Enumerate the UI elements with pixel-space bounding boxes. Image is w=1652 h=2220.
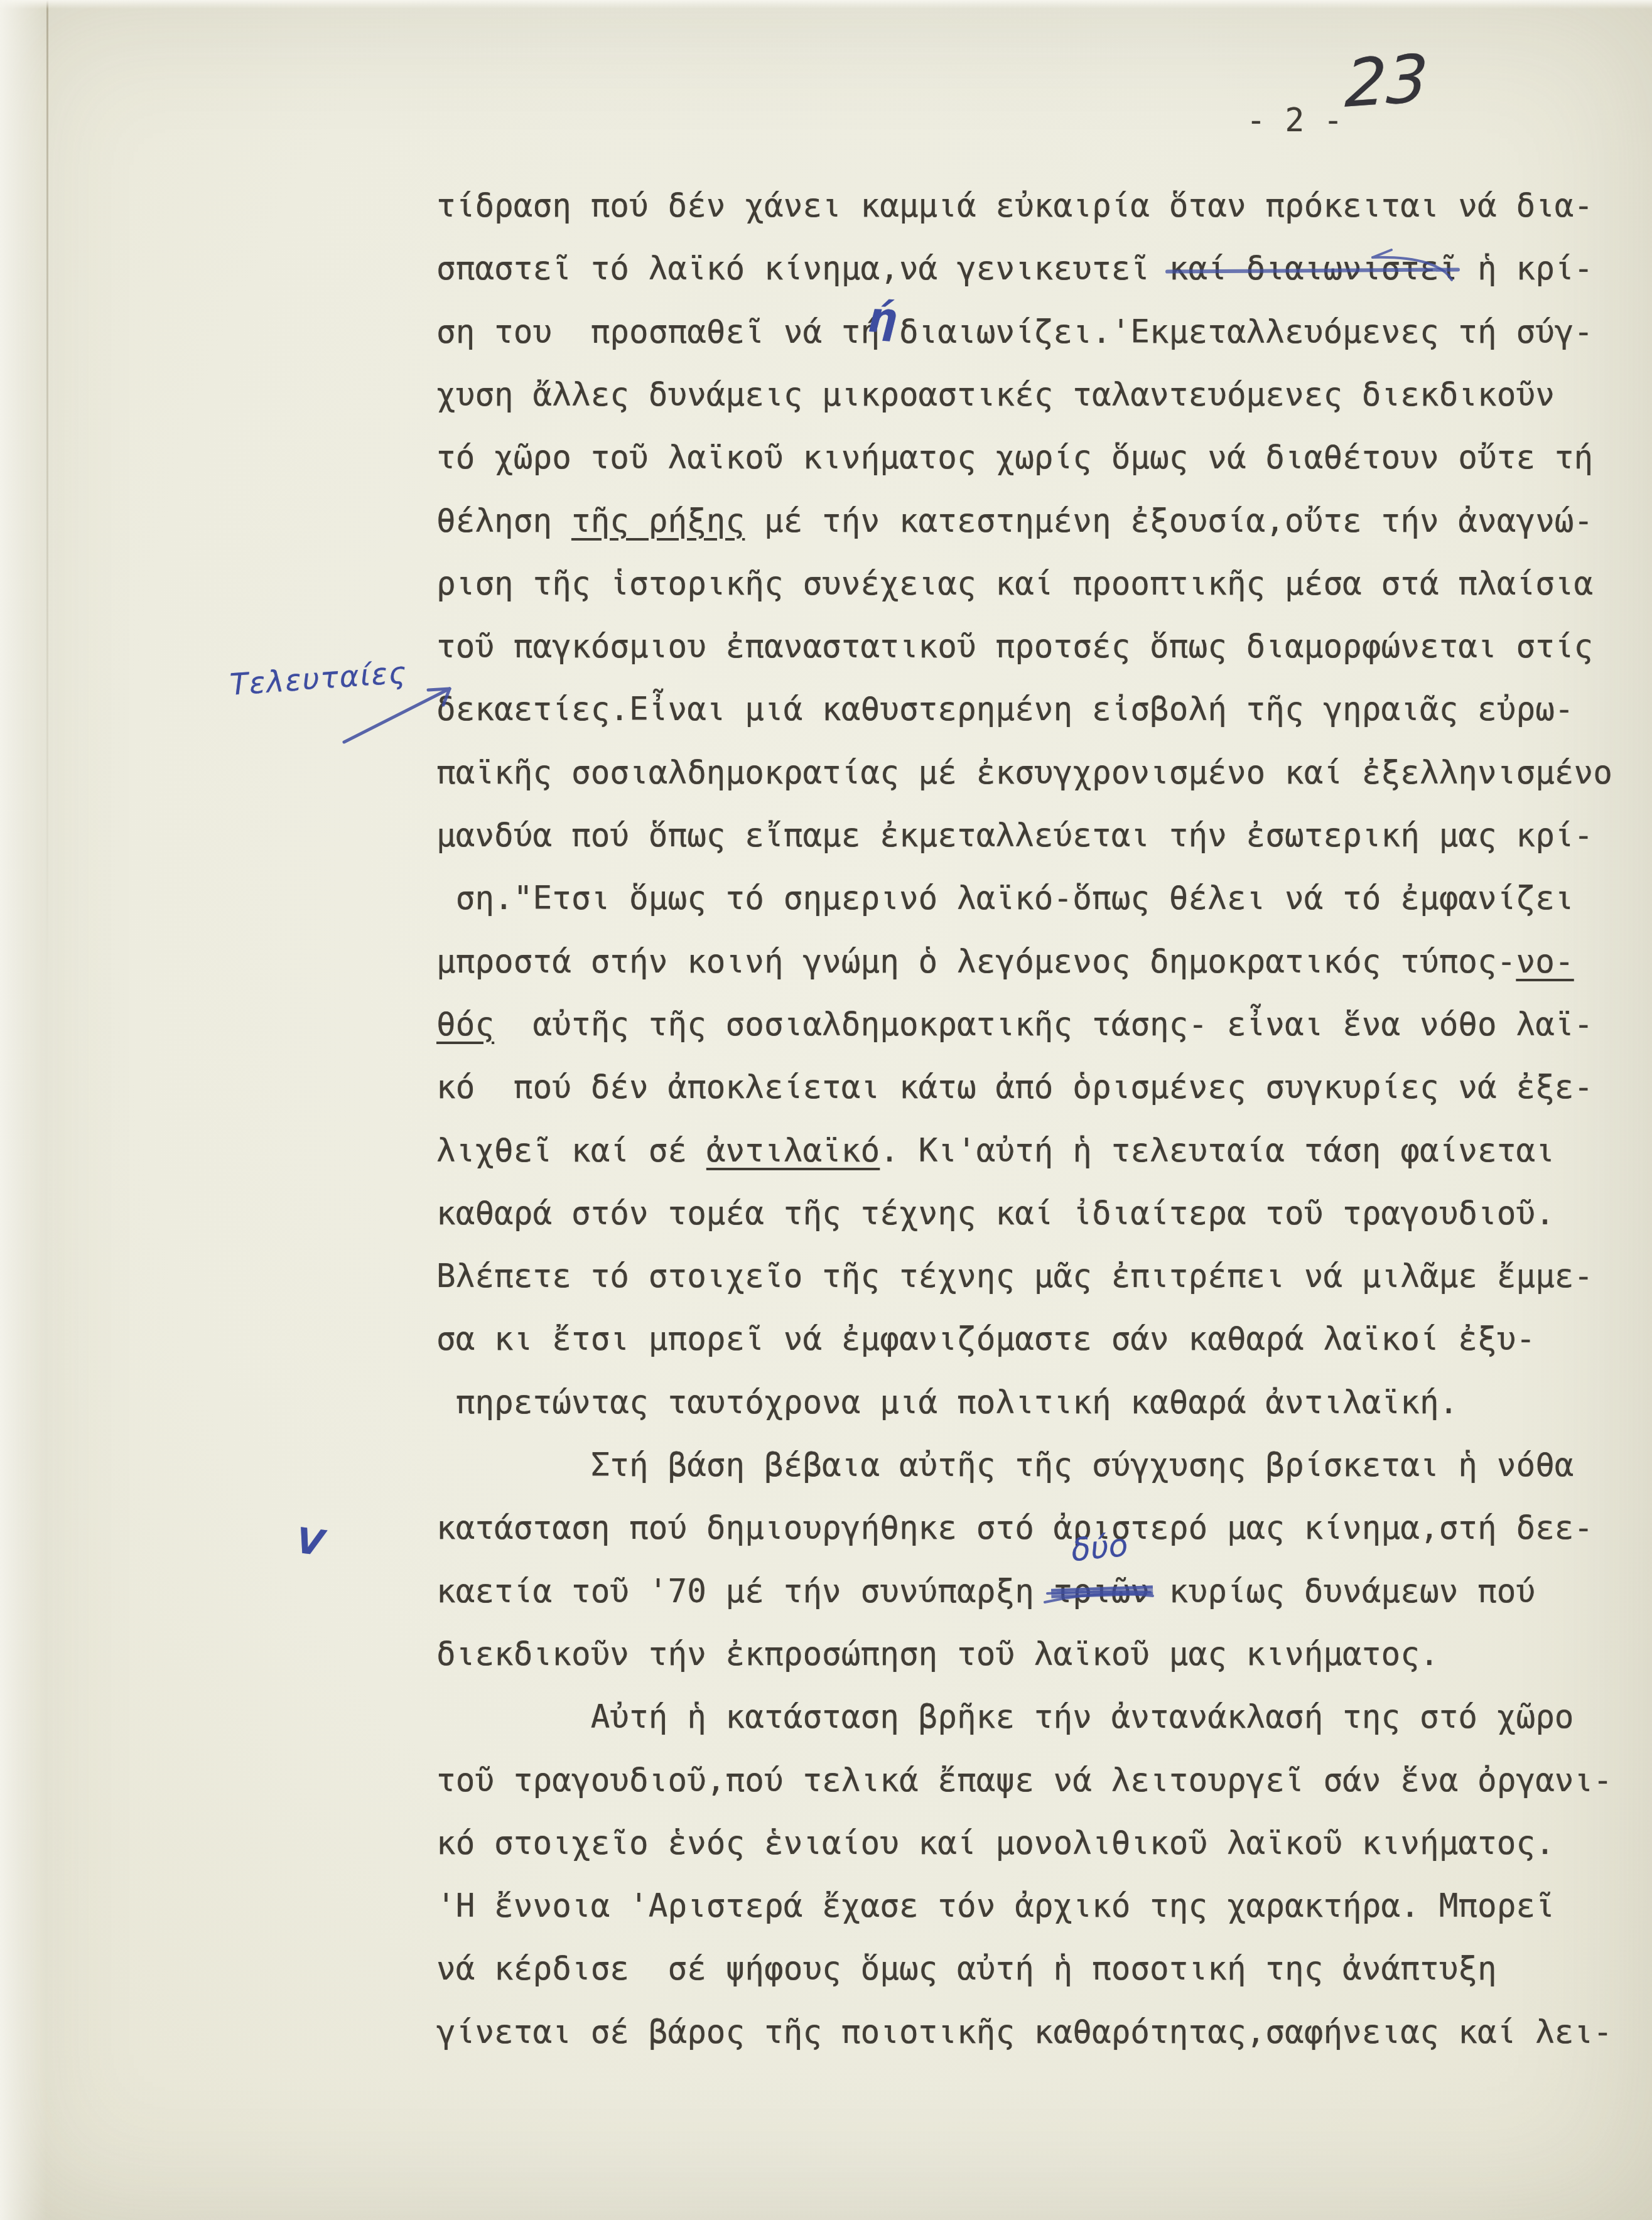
typed-line: ση του προσπαθεῖ νά τή διαιωνίζει.'Εκμετ… xyxy=(436,315,1593,351)
typed-line: σπαστεῖ τό λαϊκό κίνημα,νά γενικευτεῖ κα… xyxy=(436,251,1593,288)
typed-line: Βλέπετε τό στοιχεῖο τῆς τέχνης μᾶς ἐπιτρ… xyxy=(436,1259,1593,1295)
typed-text-segment: Αὐτή ἡ κατάσταση βρῆκε τήν ἀντανάκλασή τ… xyxy=(436,1699,1574,1736)
typed-line: μπροστά στήν κοινή γνώμη ὁ λεγόμενος δημ… xyxy=(436,944,1574,981)
typed-line: παϊκῆς σοσιαλδημοκρατίας μέ ἐκσυγχρονισμ… xyxy=(436,755,1612,792)
typed-line: σα κι ἔτσι μπορεῖ νά ἐμφανιζόμαστε σάν κ… xyxy=(436,1322,1535,1358)
typed-line: Στή βάση βέβαια αὐτῆς τῆς σύγχυσης βρίσκ… xyxy=(436,1448,1574,1484)
typed-page-number: - 2 - xyxy=(1246,102,1343,139)
margin-checkmark: V xyxy=(294,1521,326,1565)
typed-text-segment: διεκδικοῦν τήν ἐκπροσώπηση τοῦ λαϊκοῦ μα… xyxy=(436,1636,1439,1673)
typed-line: τοῦ τραγουδιοῦ,πού τελικά ἔπαψε νά λειτο… xyxy=(436,1763,1612,1799)
handwritten-page-number: 23 xyxy=(1344,40,1429,122)
underlined-text: θός xyxy=(436,1006,494,1043)
underlined-text: τῆς ρήξης xyxy=(571,503,745,540)
margin-note-arrow xyxy=(344,689,450,742)
typed-text-segment: κό στοιχεῖο ἑνός ἑνιαίου καί μονολιθικοῦ… xyxy=(436,1825,1555,1862)
typed-text-segment: σα κι ἔτσι μπορεῖ νά ἐμφανιζόμαστε σάν κ… xyxy=(436,1321,1535,1358)
typed-text-segment: ριση τῆς ἱστορικῆς συνέχειας καί προοπτι… xyxy=(436,566,1593,603)
scanned-page: 23 - 2 - τίδραση πού δέν χάνει καμμιά εὐ… xyxy=(0,0,1652,2220)
typed-line: θός αὐτῆς τῆς σοσιαλδημοκρατικῆς τάσης- … xyxy=(436,1007,1593,1043)
typed-text-segment: σπαστεῖ τό λαϊκό κίνημα,νά γενικευτεῖ xyxy=(436,251,1169,288)
typed-line: κό στοιχεῖο ἑνός ἑνιαίου καί μονολιθικοῦ… xyxy=(436,1826,1555,1862)
paper-left-margin-shading xyxy=(0,0,46,2220)
typed-text-segment: καθαρά στόν τομέα τῆς τέχνης καί ἰδιαίτε… xyxy=(436,1195,1555,1232)
typed-line: λιχθεῖ καί σέ ἀντιλαϊκό. Κι'αὐτή ἡ τελευ… xyxy=(436,1133,1555,1170)
typed-text-segment: παϊκῆς σοσιαλδημοκρατίας μέ ἐκσυγχρονισμ… xyxy=(436,755,1612,792)
typed-line: 'Η ἔννοια 'Αριστερά ἔχασε τόν ἀρχικό της… xyxy=(436,1889,1555,1925)
typed-text-segment: 'Η ἔννοια 'Αριστερά ἔχασε τόν ἀρχικό της… xyxy=(436,1888,1555,1925)
typed-text-segment: κατάσταση πού δημιουργήθηκε στό ἀριστερό… xyxy=(436,1510,1593,1547)
typed-text-segment: δεκαετίες.Εἶναι μιά καθυστερημένη εἰσβολ… xyxy=(436,691,1574,728)
typed-text-segment: κό πού δέν ἀποκλείεται κάτω ἀπό ὁρισμένε… xyxy=(436,1069,1593,1106)
typed-text-segment: θέληση xyxy=(436,503,571,540)
typed-line: κό πού δέν ἀποκλείεται κάτω ἀπό ὁρισμένε… xyxy=(436,1070,1593,1106)
typed-text-segment: πηρετώντας ταυτόχρονα μιά πολιτική καθαρ… xyxy=(436,1384,1458,1421)
paper-edge-crease xyxy=(46,0,48,979)
typed-line: μανδύα πού ὅπως εἴπαμε ἐκμεταλλεύεται τή… xyxy=(436,818,1593,854)
typed-text-segment: ση."Ετσι ὅμως τό σημερινό λαϊκό-ὅπως θέλ… xyxy=(436,880,1574,917)
typed-line: δεκαετίες.Εἶναι μιά καθυστερημένη εἰσβολ… xyxy=(436,692,1574,728)
struck-text: καί διαιωνιστεῖ xyxy=(1169,251,1459,288)
typed-line: χυση ἄλλες δυνάμεις μικροαστικές ταλαντε… xyxy=(436,377,1555,414)
underlined-text: ἀντιλαϊκό xyxy=(706,1133,880,1170)
typed-text-segment: λιχθεῖ καί σέ xyxy=(436,1133,706,1170)
typed-line: τό χῶρο τοῦ λαϊκοῦ κινήματος χωρίς ὅμως … xyxy=(436,440,1593,477)
inserted-letter-handwritten: ή xyxy=(866,293,899,343)
typed-text-segment: ση του προσπαθεῖ νά τή διαιωνίζει.'Εκμετ… xyxy=(436,314,1593,351)
struck-text: τριῶν xyxy=(1054,1573,1150,1610)
typed-text-segment: Στή βάση βέβαια αὐτῆς τῆς σύγχυσης βρίσκ… xyxy=(436,1447,1574,1484)
paper-top-edge xyxy=(0,0,1652,9)
typed-text-segment: καετία τοῦ '70 μέ τήν συνύπαρξη xyxy=(436,1573,1054,1610)
typed-line: γίνεται σέ βάρος τῆς ποιοτικῆς καθαρότητ… xyxy=(436,2015,1612,2051)
typed-text-segment: νά κέρδισε σέ ψήφους ὅμως αὐτή ἡ ποσοτικ… xyxy=(436,1951,1497,1988)
typed-text-segment: τό χῶρο τοῦ λαϊκοῦ κινήματος χωρίς ὅμως … xyxy=(436,439,1593,477)
typed-text-segment: μπροστά στήν κοινή γνώμη ὁ λεγόμενος δημ… xyxy=(436,944,1516,981)
typed-text-segment: γίνεται σέ βάρος τῆς ποιοτικῆς καθαρότητ… xyxy=(436,2014,1612,2051)
typed-line: ριση τῆς ἱστορικῆς συνέχειας καί προοπτι… xyxy=(436,566,1593,603)
typed-line: τίδραση πού δέν χάνει καμμιά εὐκαιρία ὅτ… xyxy=(436,188,1593,225)
typed-text-segment: τίδραση πού δέν χάνει καμμιά εὐκαιρία ὅτ… xyxy=(436,188,1593,225)
typed-line: καετία τοῦ '70 μέ τήν συνύπαρξη τριῶν κυ… xyxy=(436,1574,1535,1610)
typed-text-segment: τοῦ παγκόσμιου ἐπαναστατικοῦ προτσές ὅπω… xyxy=(436,628,1593,665)
underlined-text: νο- xyxy=(1516,944,1574,981)
typed-text-segment: Βλέπετε τό στοιχεῖο τῆς τέχνης μᾶς ἐπιτρ… xyxy=(436,1258,1593,1295)
typed-line: ση."Ετσι ὅμως τό σημερινό λαϊκό-ὅπως θέλ… xyxy=(436,881,1574,917)
typed-text-segment: χυση ἄλλες δυνάμεις μικροαστικές ταλαντε… xyxy=(436,377,1555,414)
typed-line: νά κέρδισε σέ ψήφους ὅμως αὐτή ἡ ποσοτικ… xyxy=(436,1951,1497,1988)
correction-word-handwritten: δύο xyxy=(1069,1526,1130,1568)
typed-text-segment: μανδύα πού ὅπως εἴπαμε ἐκμεταλλεύεται τή… xyxy=(436,817,1593,854)
typed-line: Αὐτή ἡ κατάσταση βρῆκε τήν ἀντανάκλασή τ… xyxy=(436,1700,1574,1736)
typed-line: τοῦ παγκόσμιου ἐπαναστατικοῦ προτσές ὅπω… xyxy=(436,629,1593,665)
typed-text-segment: τοῦ τραγουδιοῦ,πού τελικά ἔπαψε νά λειτο… xyxy=(436,1762,1612,1799)
margin-note-handwritten: Τελευταίες xyxy=(229,655,408,703)
typed-line: κατάσταση πού δημιουργήθηκε στό ἀριστερό… xyxy=(436,1511,1593,1547)
typed-line: καθαρά στόν τομέα τῆς τέχνης καί ἰδιαίτε… xyxy=(436,1196,1555,1232)
typed-line: θέληση τῆς ρήξης μέ τήν κατεστημένη ἐξου… xyxy=(436,504,1593,540)
typed-text-segment: αὐτῆς τῆς σοσιαλδημοκρατικῆς τάσης- εἶνα… xyxy=(494,1006,1593,1043)
typed-text-segment: . Κι'αὐτή ἡ τελευταία τάση φαίνεται xyxy=(880,1133,1555,1170)
typed-text-segment: ἡ κρί- xyxy=(1458,251,1593,288)
typed-line: πηρετώντας ταυτόχρονα μιά πολιτική καθαρ… xyxy=(436,1385,1458,1421)
typed-text-segment: κυρίως δυνάμεων πού xyxy=(1150,1573,1535,1610)
typed-text-segment: μέ τήν κατεστημένη ἐξουσία,οὔτε τήν ἀναγ… xyxy=(745,503,1593,540)
typed-line: διεκδικοῦν τήν ἐκπροσώπηση τοῦ λαϊκοῦ μα… xyxy=(436,1637,1439,1673)
